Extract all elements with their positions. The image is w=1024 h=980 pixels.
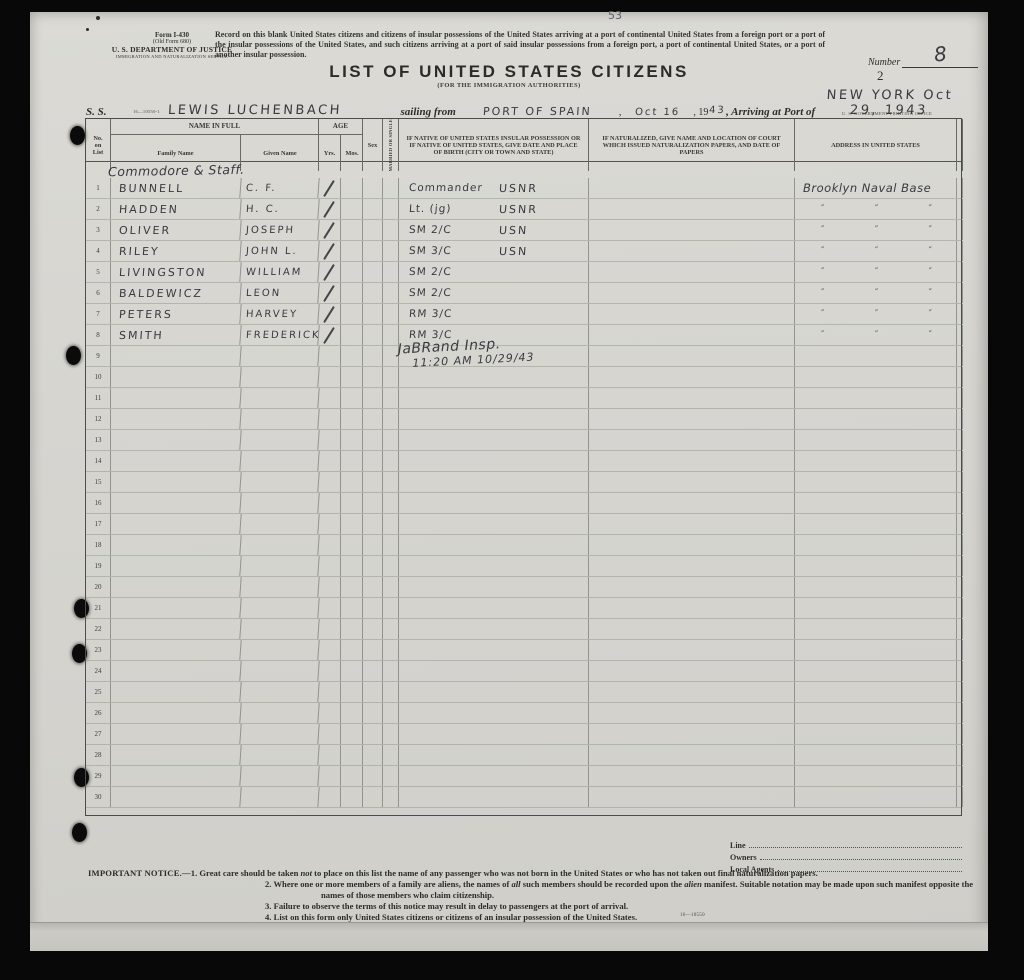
handwritten-departure-port: PORT OF SPAIN xyxy=(483,105,593,118)
row-number: 12 xyxy=(86,409,111,429)
age-months-cell xyxy=(341,199,363,219)
address-cell: Brooklyn Naval Base xyxy=(795,178,957,198)
family-name-cell xyxy=(110,787,241,807)
birth-rating-cell xyxy=(399,472,589,492)
edge-cell xyxy=(957,766,963,786)
birth-rating-cell xyxy=(399,724,589,744)
row-number: 19 xyxy=(86,556,111,576)
sex-cell xyxy=(363,451,383,471)
address-cell xyxy=(795,724,957,744)
naturalization-cell xyxy=(589,325,795,345)
row-number: 26 xyxy=(86,703,111,723)
table-row: 12 xyxy=(86,409,961,430)
birth-rating-cell: RM 3/C xyxy=(399,304,589,324)
edge-cell xyxy=(957,346,963,366)
family-name-cell xyxy=(110,598,241,618)
table-row: 10 xyxy=(86,367,961,388)
edge-cell xyxy=(957,451,963,471)
birth-rating-cell xyxy=(399,577,589,597)
age-months-cell xyxy=(341,451,363,471)
dotted-leader xyxy=(760,859,962,860)
no-entry-slash-mark xyxy=(323,222,335,239)
sex-cell xyxy=(363,724,383,744)
notice-item: 2. Where one or more members of a family… xyxy=(265,879,980,901)
married-single-cell xyxy=(383,766,399,786)
married-single-cell xyxy=(383,346,399,366)
row-number: 16 xyxy=(86,493,111,513)
edge-cell xyxy=(957,682,963,702)
given-name-cell: JOSEPH xyxy=(240,220,319,240)
ditto-mark: ″ xyxy=(929,330,932,340)
address-cell xyxy=(795,409,957,429)
age-years-cell xyxy=(319,766,341,786)
address-cell xyxy=(795,556,957,576)
married-single-cell xyxy=(383,661,399,681)
naturalization-cell xyxy=(589,472,795,492)
table-row: 29 xyxy=(86,766,961,787)
given-name-cell xyxy=(240,619,319,639)
family-name-cell xyxy=(110,619,241,639)
sex-cell xyxy=(363,493,383,513)
naturalization-cell xyxy=(589,220,795,240)
row-number: 6 xyxy=(86,283,111,303)
table-row: 27 xyxy=(86,724,961,745)
age-years-cell xyxy=(319,724,341,744)
age-years-cell xyxy=(319,304,341,324)
table-row: 2 HADDEN H. C. Lt. (jg) USNR ″″″ xyxy=(86,199,961,220)
age-months-cell xyxy=(341,682,363,702)
naturalization-cell xyxy=(589,283,795,303)
row-number: 13 xyxy=(86,430,111,450)
ditto-mark: ″ xyxy=(929,288,932,298)
sex-cell xyxy=(363,367,383,387)
family-name-cell xyxy=(110,430,241,450)
address-cell xyxy=(795,514,957,534)
naturalization-cell xyxy=(589,451,795,471)
birth-rating-cell xyxy=(399,703,589,723)
table-row: 19 xyxy=(86,556,961,577)
age-months-cell xyxy=(341,661,363,681)
age-years-cell xyxy=(319,325,341,345)
naturalization-cell xyxy=(589,199,795,219)
edge-cell xyxy=(957,598,963,618)
birth-rating-cell xyxy=(399,619,589,639)
passenger-manifest-table: No. on List NAME IN FULL Family Name Giv… xyxy=(85,118,962,816)
sex-cell xyxy=(363,514,383,534)
row-number: 24 xyxy=(86,661,111,681)
birth-rating-cell xyxy=(399,787,589,807)
age-years-cell xyxy=(319,745,341,765)
naturalization-cell xyxy=(589,430,795,450)
table-row: 23 xyxy=(86,640,961,661)
handwritten-rank: SM 3/C xyxy=(409,245,496,257)
edge-cell xyxy=(957,178,963,198)
row-number: 10 xyxy=(86,367,111,387)
ditto-mark: ″ xyxy=(929,225,932,235)
naturalization-cell xyxy=(589,787,795,807)
address-cell: ″″″ xyxy=(795,283,957,303)
no-entry-slash-mark xyxy=(323,306,335,323)
naturalization-cell xyxy=(589,409,795,429)
given-name-cell xyxy=(240,556,319,576)
manifest-sheet: 53 Form I-430 (Old Form 680) U. S. DEPAR… xyxy=(30,12,988,950)
birth-rating-cell xyxy=(399,514,589,534)
family-name-cell: LIVINGSTON xyxy=(110,262,241,282)
table-row: 7 PETERS HARVEY RM 3/C ″″″ xyxy=(86,304,961,325)
row-number: 23 xyxy=(86,640,111,660)
naturalization-cell xyxy=(589,577,795,597)
given-name-cell xyxy=(240,661,319,681)
handwritten-service-branch: USNR xyxy=(499,203,539,216)
given-name-cell xyxy=(240,577,319,597)
address-cell xyxy=(795,535,957,555)
naturalization-cell xyxy=(589,241,795,261)
age-years-cell xyxy=(319,367,341,387)
sex-cell xyxy=(363,556,383,576)
handwritten-service-branch: USN xyxy=(499,224,529,237)
birth-rating-cell xyxy=(399,682,589,702)
line-label: Line xyxy=(730,841,746,850)
sex-cell xyxy=(363,535,383,555)
naturalization-cell xyxy=(589,367,795,387)
address-cell xyxy=(795,598,957,618)
given-name-cell xyxy=(240,367,319,387)
ditto-mark: ″ xyxy=(929,204,932,214)
row-number: 22 xyxy=(86,619,111,639)
ditto-mark: ″ xyxy=(875,204,878,214)
ditto-mark: ″ xyxy=(821,204,824,214)
age-months-cell xyxy=(341,493,363,513)
birth-rating-cell xyxy=(399,493,589,513)
gpo-imprint: U. S. GOVERNMENT PRINTING OFFICE xyxy=(842,111,932,116)
ditto-mark: ″ xyxy=(821,309,824,319)
address-cell: ″″″ xyxy=(795,262,957,282)
naturalization-cell xyxy=(589,514,795,534)
age-months-cell xyxy=(341,745,363,765)
owners-label: Owners xyxy=(730,853,757,862)
row-number: 1 xyxy=(86,178,111,198)
married-single-cell xyxy=(383,724,399,744)
given-name-cell xyxy=(240,787,319,807)
handwritten-rank: Commander xyxy=(409,182,496,194)
handwritten-sheet-number: 8 xyxy=(933,44,948,63)
married-single-cell xyxy=(383,472,399,492)
given-name-cell xyxy=(240,472,319,492)
age-years-cell xyxy=(319,283,341,303)
given-name-cell xyxy=(240,745,319,765)
family-name-cell: OLIVER xyxy=(110,220,241,240)
punch-hole xyxy=(66,346,81,365)
naturalization-cell xyxy=(589,178,795,198)
sex-cell xyxy=(363,430,383,450)
age-months-cell xyxy=(341,598,363,618)
married-single-cell xyxy=(383,514,399,534)
table-row: 6 BALDEWICZ LEON SM 2/C ″″″ xyxy=(86,283,961,304)
married-single-cell xyxy=(383,493,399,513)
row-number: 14 xyxy=(86,451,111,471)
ditto-mark: ″ xyxy=(875,246,878,256)
given-name-cell xyxy=(240,598,319,618)
age-years-cell xyxy=(319,640,341,660)
pencil-page-annotation: 53 xyxy=(608,9,622,22)
edge-cell xyxy=(957,220,963,240)
age-months-cell xyxy=(341,640,363,660)
row-number: 11 xyxy=(86,388,111,408)
edge-cell xyxy=(957,283,963,303)
age-months-cell xyxy=(341,619,363,639)
given-name-cell xyxy=(240,640,319,660)
age-months-cell xyxy=(341,535,363,555)
edge-cell xyxy=(957,556,963,576)
row-number: 17 xyxy=(86,514,111,534)
table-rows-host: 1 BUNNELL C. F. Commander USNR Brooklyn … xyxy=(86,178,961,808)
address-cell xyxy=(795,472,957,492)
married-single-cell xyxy=(383,577,399,597)
family-name-cell: RILEY xyxy=(110,241,241,261)
sex-cell xyxy=(363,577,383,597)
ditto-mark: ″ xyxy=(875,225,878,235)
edge-cell xyxy=(957,409,963,429)
address-cell xyxy=(795,577,957,597)
name-in-full-label: NAME IN FULL xyxy=(111,119,318,135)
notice-items: 2. Where one or more members of a family… xyxy=(88,879,980,923)
address-cell xyxy=(795,745,957,765)
naturalization-cell xyxy=(589,745,795,765)
age-months-cell xyxy=(341,304,363,324)
no-entry-slash-mark xyxy=(323,327,335,344)
table-body: Commodore & Staff. 1 BUNNELL C. F. Comma… xyxy=(86,162,961,816)
naturalization-cell xyxy=(589,766,795,786)
handwritten-rank: SM 2/C xyxy=(409,224,496,236)
table-row: 22 xyxy=(86,619,961,640)
given-name-cell xyxy=(240,514,319,534)
age-months-cell xyxy=(341,766,363,786)
naturalization-cell xyxy=(589,262,795,282)
naturalization-cell xyxy=(589,682,795,702)
married-single-cell xyxy=(383,241,399,261)
age-months-cell xyxy=(341,346,363,366)
age-months-cell xyxy=(341,283,363,303)
family-name-cell: BALDEWICZ xyxy=(110,283,241,303)
handwritten-rank: SM 2/C xyxy=(409,287,496,299)
edge-cell xyxy=(957,472,963,492)
row-number: 3 xyxy=(86,220,111,240)
married-single-cell xyxy=(383,745,399,765)
age-years-cell xyxy=(319,409,341,429)
group-note-row: Commodore & Staff. xyxy=(86,162,961,178)
age-months-cell xyxy=(341,262,363,282)
row-number: 18 xyxy=(86,535,111,555)
sex-cell xyxy=(363,241,383,261)
address-cell: ″″″ xyxy=(795,325,957,345)
row-number: 8 xyxy=(86,325,111,345)
sex-cell xyxy=(363,325,383,345)
edge-cell xyxy=(957,304,963,324)
age-years-cell xyxy=(319,682,341,702)
edge-cell xyxy=(957,661,963,681)
married-single-cell xyxy=(383,388,399,408)
naturalization-cell xyxy=(589,619,795,639)
age-months-cell xyxy=(341,577,363,597)
given-name-cell xyxy=(240,346,319,366)
row-number: 7 xyxy=(86,304,111,324)
table-row: 26 xyxy=(86,703,961,724)
birth-rating-cell xyxy=(399,430,589,450)
table-row: 5 LIVINGSTON WILLIAM SM 2/C ″″″ xyxy=(86,262,961,283)
sex-cell xyxy=(363,346,383,366)
line-row: Line xyxy=(730,838,964,850)
owners-row: Owners xyxy=(730,850,964,862)
family-name-cell xyxy=(110,514,241,534)
given-name-cell xyxy=(240,682,319,702)
naturalization-cell xyxy=(589,304,795,324)
row-number: 2 xyxy=(86,199,111,219)
family-name-cell xyxy=(110,745,241,765)
given-name-cell: H. C. xyxy=(240,199,319,219)
given-name-cell xyxy=(240,703,319,723)
family-name-cell xyxy=(110,577,241,597)
handwritten-service-branch: USN xyxy=(499,245,529,258)
married-single-cell xyxy=(383,556,399,576)
family-name-cell xyxy=(110,472,241,492)
birth-rating-cell xyxy=(399,367,589,387)
punch-hole xyxy=(70,126,85,145)
row-number: 28 xyxy=(86,745,111,765)
family-name-cell xyxy=(110,346,241,366)
naturalization-cell xyxy=(589,346,795,366)
address-cell xyxy=(795,619,957,639)
ditto-mark: ″ xyxy=(875,288,878,298)
row-number: 27 xyxy=(86,724,111,744)
age-years-cell xyxy=(319,262,341,282)
age-years-cell xyxy=(319,598,341,618)
edge-cell xyxy=(957,367,963,387)
age-years-cell xyxy=(319,451,341,471)
ink-speck xyxy=(96,16,100,20)
table-row: 25 xyxy=(86,682,961,703)
sex-cell xyxy=(363,220,383,240)
sex-cell xyxy=(363,682,383,702)
age-months-cell xyxy=(341,724,363,744)
table-row: 18 xyxy=(86,535,961,556)
dotted-leader xyxy=(749,847,962,848)
table-row: 16 xyxy=(86,493,961,514)
age-months-cell xyxy=(341,514,363,534)
sex-cell xyxy=(363,199,383,219)
handwritten-rank: RM 3/C xyxy=(409,308,496,320)
age-years-cell xyxy=(319,703,341,723)
married-single-cell xyxy=(383,262,399,282)
address-cell xyxy=(795,493,957,513)
ditto-mark: ″ xyxy=(929,309,932,319)
given-name-cell: JOHN L. xyxy=(240,241,319,261)
sex-cell xyxy=(363,409,383,429)
birth-rating-cell xyxy=(399,556,589,576)
age-years-cell xyxy=(319,493,341,513)
age-months-cell xyxy=(341,220,363,240)
row-number: 15 xyxy=(86,472,111,492)
given-name-cell xyxy=(240,430,319,450)
edge-cell xyxy=(957,577,963,597)
family-name-cell: SMITH xyxy=(110,325,241,345)
birth-rating-cell xyxy=(399,598,589,618)
row-number: 21 xyxy=(86,598,111,618)
row-number: 4 xyxy=(86,241,111,261)
ditto-mark: ″ xyxy=(875,267,878,277)
age-months-cell xyxy=(341,325,363,345)
family-name-cell xyxy=(110,367,241,387)
naturalization-cell xyxy=(589,598,795,618)
given-name-cell xyxy=(240,388,319,408)
no-entry-slash-mark xyxy=(323,285,335,302)
table-row: 14 xyxy=(86,451,961,472)
address-cell: ″″″ xyxy=(795,220,957,240)
given-name-cell xyxy=(240,451,319,471)
age-years-cell xyxy=(319,619,341,639)
print-code-top: 16—10550-1 xyxy=(133,109,160,114)
no-entry-slash-mark xyxy=(323,243,335,260)
family-name-cell xyxy=(110,703,241,723)
family-name-cell xyxy=(110,451,241,471)
paper-fold xyxy=(30,922,988,951)
birth-rating-cell xyxy=(399,766,589,786)
handwritten-service-branch: USNR xyxy=(499,182,539,195)
edge-cell xyxy=(957,388,963,408)
family-name-cell xyxy=(110,556,241,576)
naturalization-cell xyxy=(589,724,795,744)
table-row: 24 xyxy=(86,661,961,682)
handwritten-group-note: Commodore & Staff. xyxy=(108,162,245,179)
address-cell: ″″″ xyxy=(795,304,957,324)
family-name-cell: PETERS xyxy=(110,304,241,324)
handwritten-rank: SM 2/C xyxy=(409,266,496,278)
address-cell xyxy=(795,787,957,807)
birth-rating-cell: SM 3/C USN xyxy=(399,241,589,261)
birth-rating-cell xyxy=(399,640,589,660)
table-row: 17 xyxy=(86,514,961,535)
edge-cell xyxy=(957,535,963,555)
married-single-cell xyxy=(383,304,399,324)
age-years-cell xyxy=(319,346,341,366)
age-label: AGE xyxy=(319,119,362,135)
given-name-cell: LEON xyxy=(240,283,319,303)
table-row: 28 xyxy=(86,745,961,766)
ditto-mark: ″ xyxy=(821,246,824,256)
address-cell xyxy=(795,682,957,702)
ditto-mark: ″ xyxy=(821,267,824,277)
handwritten-departure-year: 43 xyxy=(709,105,727,116)
sex-cell xyxy=(363,178,383,198)
age-years-cell xyxy=(319,388,341,408)
age-months-cell xyxy=(341,178,363,198)
edge-cell xyxy=(957,640,963,660)
sex-cell xyxy=(363,619,383,639)
table-row: 15 xyxy=(86,472,961,493)
address-cell xyxy=(795,703,957,723)
table-row: 20 xyxy=(86,577,961,598)
family-name-cell xyxy=(110,766,241,786)
edge-cell xyxy=(957,619,963,639)
row-number: 9 xyxy=(86,346,111,366)
married-single-cell xyxy=(383,598,399,618)
family-name-cell: HADDEN xyxy=(110,199,241,219)
age-years-cell xyxy=(319,472,341,492)
address-cell: ″″″ xyxy=(795,199,957,219)
table-header: No. on List NAME IN FULL Family Name Giv… xyxy=(86,119,961,162)
address-cell xyxy=(795,661,957,681)
birth-rating-cell xyxy=(399,745,589,765)
sex-cell xyxy=(363,283,383,303)
